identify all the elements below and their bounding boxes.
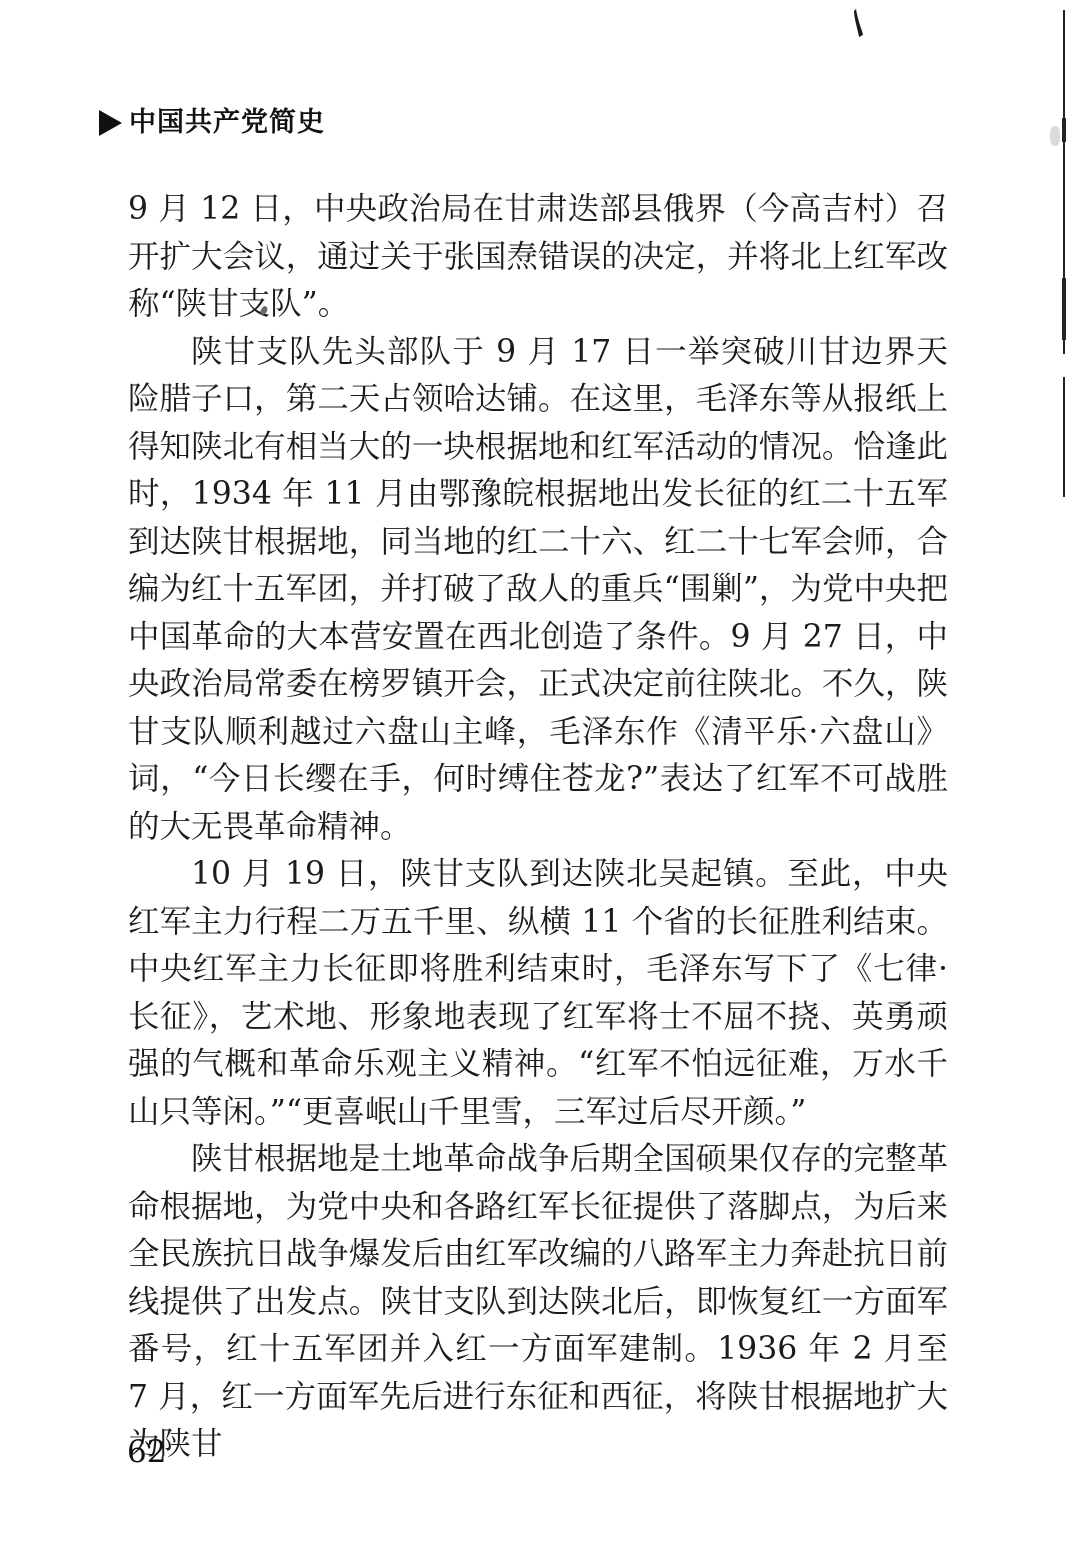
pen-mark [851, 9, 867, 39]
book-title: 中国共产党简史 [129, 109, 325, 136]
paragraph: 9 月 12 日，中央政治局在甘肃迭部县俄界（今高吉村）召开扩大会议，通过关于张… [128, 186, 948, 329]
scan-edge-line [1062, 278, 1066, 340]
scan-edge-line [1063, 10, 1065, 118]
paragraph: 陕甘根据地是土地革命战争后期全国硕果仅存的完整革命根据地，为党中央和各路红军长征… [128, 1136, 948, 1469]
scan-edge-line [1063, 142, 1065, 278]
scan-edge-line [1062, 118, 1066, 142]
body-text: 9 月 12 日，中央政治局在甘肃迭部县俄界（今高吉村）召开扩大会议，通过关于张… [128, 186, 948, 1469]
paragraph: 陕甘支队先头部队于 9 月 17 日一举突破川甘边界天险腊子口，第二天占领哈达铺… [128, 329, 948, 852]
running-header: 中国共产党简史 [99, 109, 325, 136]
page-number: 62 [127, 1434, 166, 1470]
right-triangle-icon [99, 110, 122, 136]
scan-edge-line [1063, 377, 1065, 497]
paragraph: 10 月 19 日，陕甘支队到达陕北吴起镇。至此，中央红军主力行程二万五千里、纵… [128, 851, 948, 1136]
book-page: 中国共产党简史 9 月 12 日，中央政治局在甘肃迭部县俄界（今高吉村）召开扩大… [0, 0, 1080, 1546]
scan-edge-line [1063, 340, 1065, 354]
scan-smudge [1050, 126, 1060, 146]
